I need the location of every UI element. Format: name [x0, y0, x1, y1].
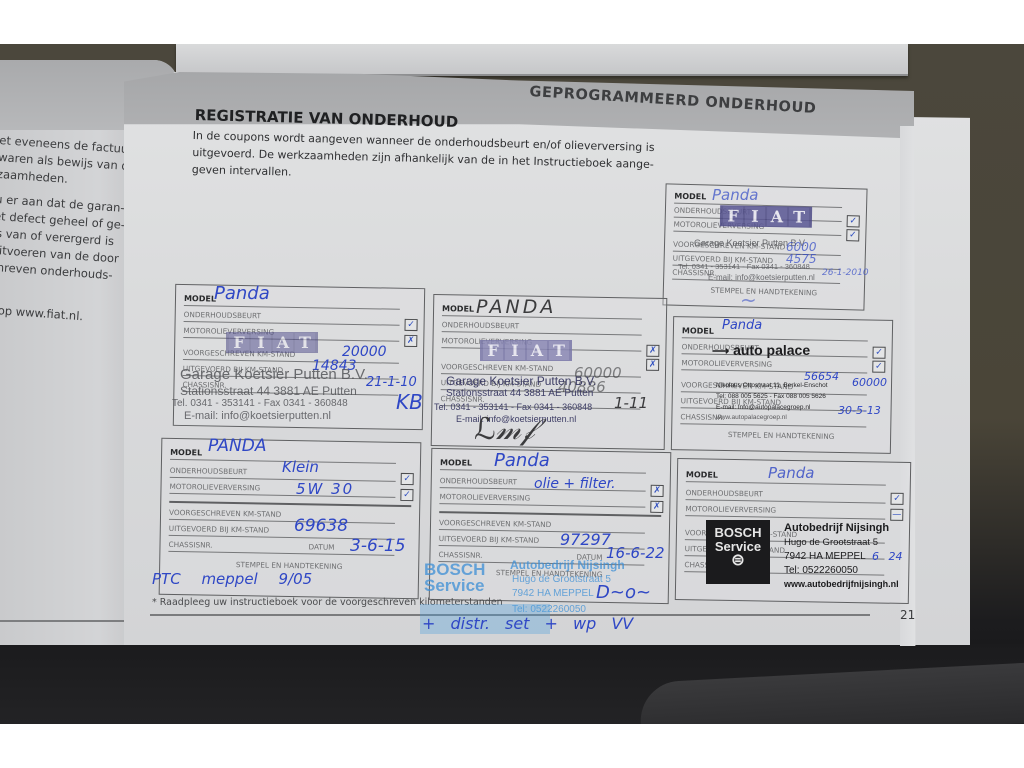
handwritten-date: 21-1-10: [366, 375, 417, 390]
dealer-stamp-text: 7942 HA MEPPEL: [784, 551, 866, 562]
auto-palace-logo: ⟶ auto palace: [712, 342, 810, 358]
bosch-stamp-blue: BOSCHService: [424, 562, 485, 594]
garage-stamp-text: Stationsstraat 44 3881 AE Putten: [180, 384, 357, 398]
checkbox-motorolie[interactable]: —: [890, 509, 903, 521]
garage-stamp-text: Garage Koetsier Putten B.V.: [180, 366, 368, 383]
checkbox-motorolie[interactable]: ✓: [872, 361, 885, 373]
checkbox-motorolie[interactable]: ✗: [646, 359, 659, 371]
label: CHASSISNR.: [438, 550, 482, 560]
model-label: MODEL: [674, 192, 706, 202]
garage-stamp-text: Stationsstraat 44 3881 AE Putten: [446, 388, 593, 399]
handwritten-extra-note: + distr. set + wp VV: [422, 614, 633, 633]
datum-label: DATUM: [308, 539, 334, 555]
handwritten-date: 6 24: [872, 550, 903, 563]
handwritten-model: Panda: [214, 283, 270, 304]
model-label: MODEL: [440, 458, 472, 468]
page-number: 21: [900, 608, 915, 622]
handwritten-km-voorgeschreven: 60000: [852, 376, 887, 389]
model-label: MODEL: [170, 448, 202, 458]
garage-stamp-text: E-mail: info@koetsierputten.nl: [708, 273, 815, 282]
checkbox-motorolie[interactable]: ✗: [650, 501, 663, 513]
handwritten-date: 26-1-2010: [822, 268, 869, 278]
dealer-stamp-text: www.autobedrijfnijsingh.nl: [784, 579, 899, 589]
label: ONDERHOUDSBEURT: [686, 488, 763, 498]
garage-stamp-text: Tel. 0341 - 353141 - Fax 0341 - 360848: [434, 402, 592, 412]
label: UITGEVOERD BIJ KM-STAND: [439, 534, 540, 545]
label: UITGEVOERD BIJ KM-STAND: [169, 524, 270, 535]
fiat-logo-stamp: FIAT: [720, 205, 812, 228]
checkbox-onderhoud[interactable]: ✓: [872, 347, 885, 359]
dealer-stamp-text: Tel: 0522260050: [784, 565, 858, 576]
label: ONDERHOUDSBEURT: [442, 320, 519, 330]
handwritten-signature: D~o~: [596, 582, 651, 603]
checkbox-motorolie[interactable]: ✓: [400, 489, 413, 501]
handwritten-signature: ℒ𝓂𝒻: [474, 412, 534, 447]
auto-palace-name: auto palace: [733, 342, 810, 358]
label: ONDERHOUDSBEURT: [440, 476, 517, 486]
handwritten-signature: PTC meppel 9/05: [152, 570, 312, 588]
model-label: MODEL: [184, 294, 216, 304]
stempel-label: STEMPEL EN HANDTEKENING: [664, 284, 864, 298]
dealer-stamp-text: Tel: 088 005 5625 - Fax 088 005 5626: [716, 393, 826, 400]
handwritten-model: Panda: [768, 464, 814, 482]
checkbox-onderhoud[interactable]: ✗: [646, 345, 659, 357]
label: CHASSISNR.: [168, 540, 212, 550]
label: VOORGESCHREVEN KM-STAND: [169, 508, 281, 519]
label: VOORGESCHREVEN KM-STAND: [439, 518, 551, 529]
fiat-logo-stamp: FIAT: [480, 340, 572, 361]
handwritten-model: Panda: [494, 450, 550, 471]
back-booklet: [176, 44, 908, 76]
checkbox-onderhoud[interactable]: ✓: [404, 319, 417, 331]
handwritten-date: 30-5-13: [838, 404, 881, 417]
dealer-stamp-text: Hugo de Grootstraat 5: [784, 537, 878, 548]
garage-stamp-text: Garage Koetsier Putten B.V.: [446, 374, 596, 388]
model-label: MODEL: [682, 326, 714, 336]
handwritten-signature: ~: [740, 288, 757, 312]
dealer-stamp-text: Autobedrijf Nijsingh: [784, 522, 889, 534]
garage-stamp-text: E-mail: info@koetsierputten.nl: [184, 410, 331, 422]
label: MOTOROLIEVERVERSING: [685, 504, 776, 515]
dealer-stamp-text: www.autopalacegroep.nl: [716, 414, 787, 421]
handwritten-km-uitgevoerd: 56654: [804, 370, 839, 383]
fiat-logo-stamp: FIAT: [226, 332, 318, 353]
dealer-stamp-text: Autobedrijf Nijsingh: [510, 558, 625, 572]
dealer-stamp-text: 7942 HA MEPPEL: [512, 588, 594, 599]
handwritten-model: Panda: [712, 186, 758, 204]
handwritten-onderhoud: Klein: [282, 458, 319, 476]
label: ONDERHOUDSBEURT: [184, 310, 261, 320]
checkbox-motorolie[interactable]: ✓: [846, 229, 859, 241]
garage-stamp-text: Tel. 0341 - 353141 - Fax 0341 - 360848: [172, 398, 348, 409]
handwritten-signature: KB: [396, 390, 423, 414]
handwritten-model: PANDA: [208, 436, 266, 456]
handwritten-km-uitgevoerd: 4575: [786, 252, 817, 266]
handwritten-onderhoud: olie + filter.: [534, 476, 616, 492]
label: MOTOROLIEVERVERSING: [169, 482, 260, 493]
checkbox-motorolie[interactable]: ✗: [404, 335, 417, 347]
dealer-stamp-text: E-mail: info@autopalacegroep.nl: [716, 404, 810, 411]
handwritten-km-uitgevoerd: 69638: [294, 516, 348, 536]
handwritten-km-uitgevoerd: 97297: [560, 530, 611, 549]
checkbox-onderhoud[interactable]: ✓: [890, 493, 903, 505]
stempel-label: STEMPEL EN HANDTEKENING: [672, 429, 890, 442]
dealer-stamp-text: Nikolaus Ottostraat 11, Berkel-Enschot: [716, 382, 828, 389]
model-label: MODEL: [686, 470, 718, 480]
bosch-service-logo: BOSCHService⊜: [706, 520, 770, 584]
label: ONDERHOUDSBEURT: [170, 466, 247, 476]
model-label: MODEL: [442, 304, 474, 314]
handwritten-model: PANDA: [476, 296, 556, 318]
label: MOTOROLIEVERVERSING: [681, 358, 772, 369]
checkbox-onderhoud[interactable]: ✓: [401, 473, 414, 485]
checkbox-onderhoud[interactable]: ✗: [651, 485, 664, 497]
handwritten-date: 1-11: [614, 394, 648, 412]
checkbox-onderhoud[interactable]: ✓: [847, 215, 860, 227]
handwritten-date: 3-6-15: [350, 536, 406, 556]
label: VOORGESCHREVEN KM-STAND: [441, 362, 553, 373]
label: MOTOROLIEVERVERSING: [439, 492, 530, 503]
handwritten-model: Panda: [722, 318, 762, 333]
handwritten-motorolie: 5W 30: [296, 480, 354, 498]
